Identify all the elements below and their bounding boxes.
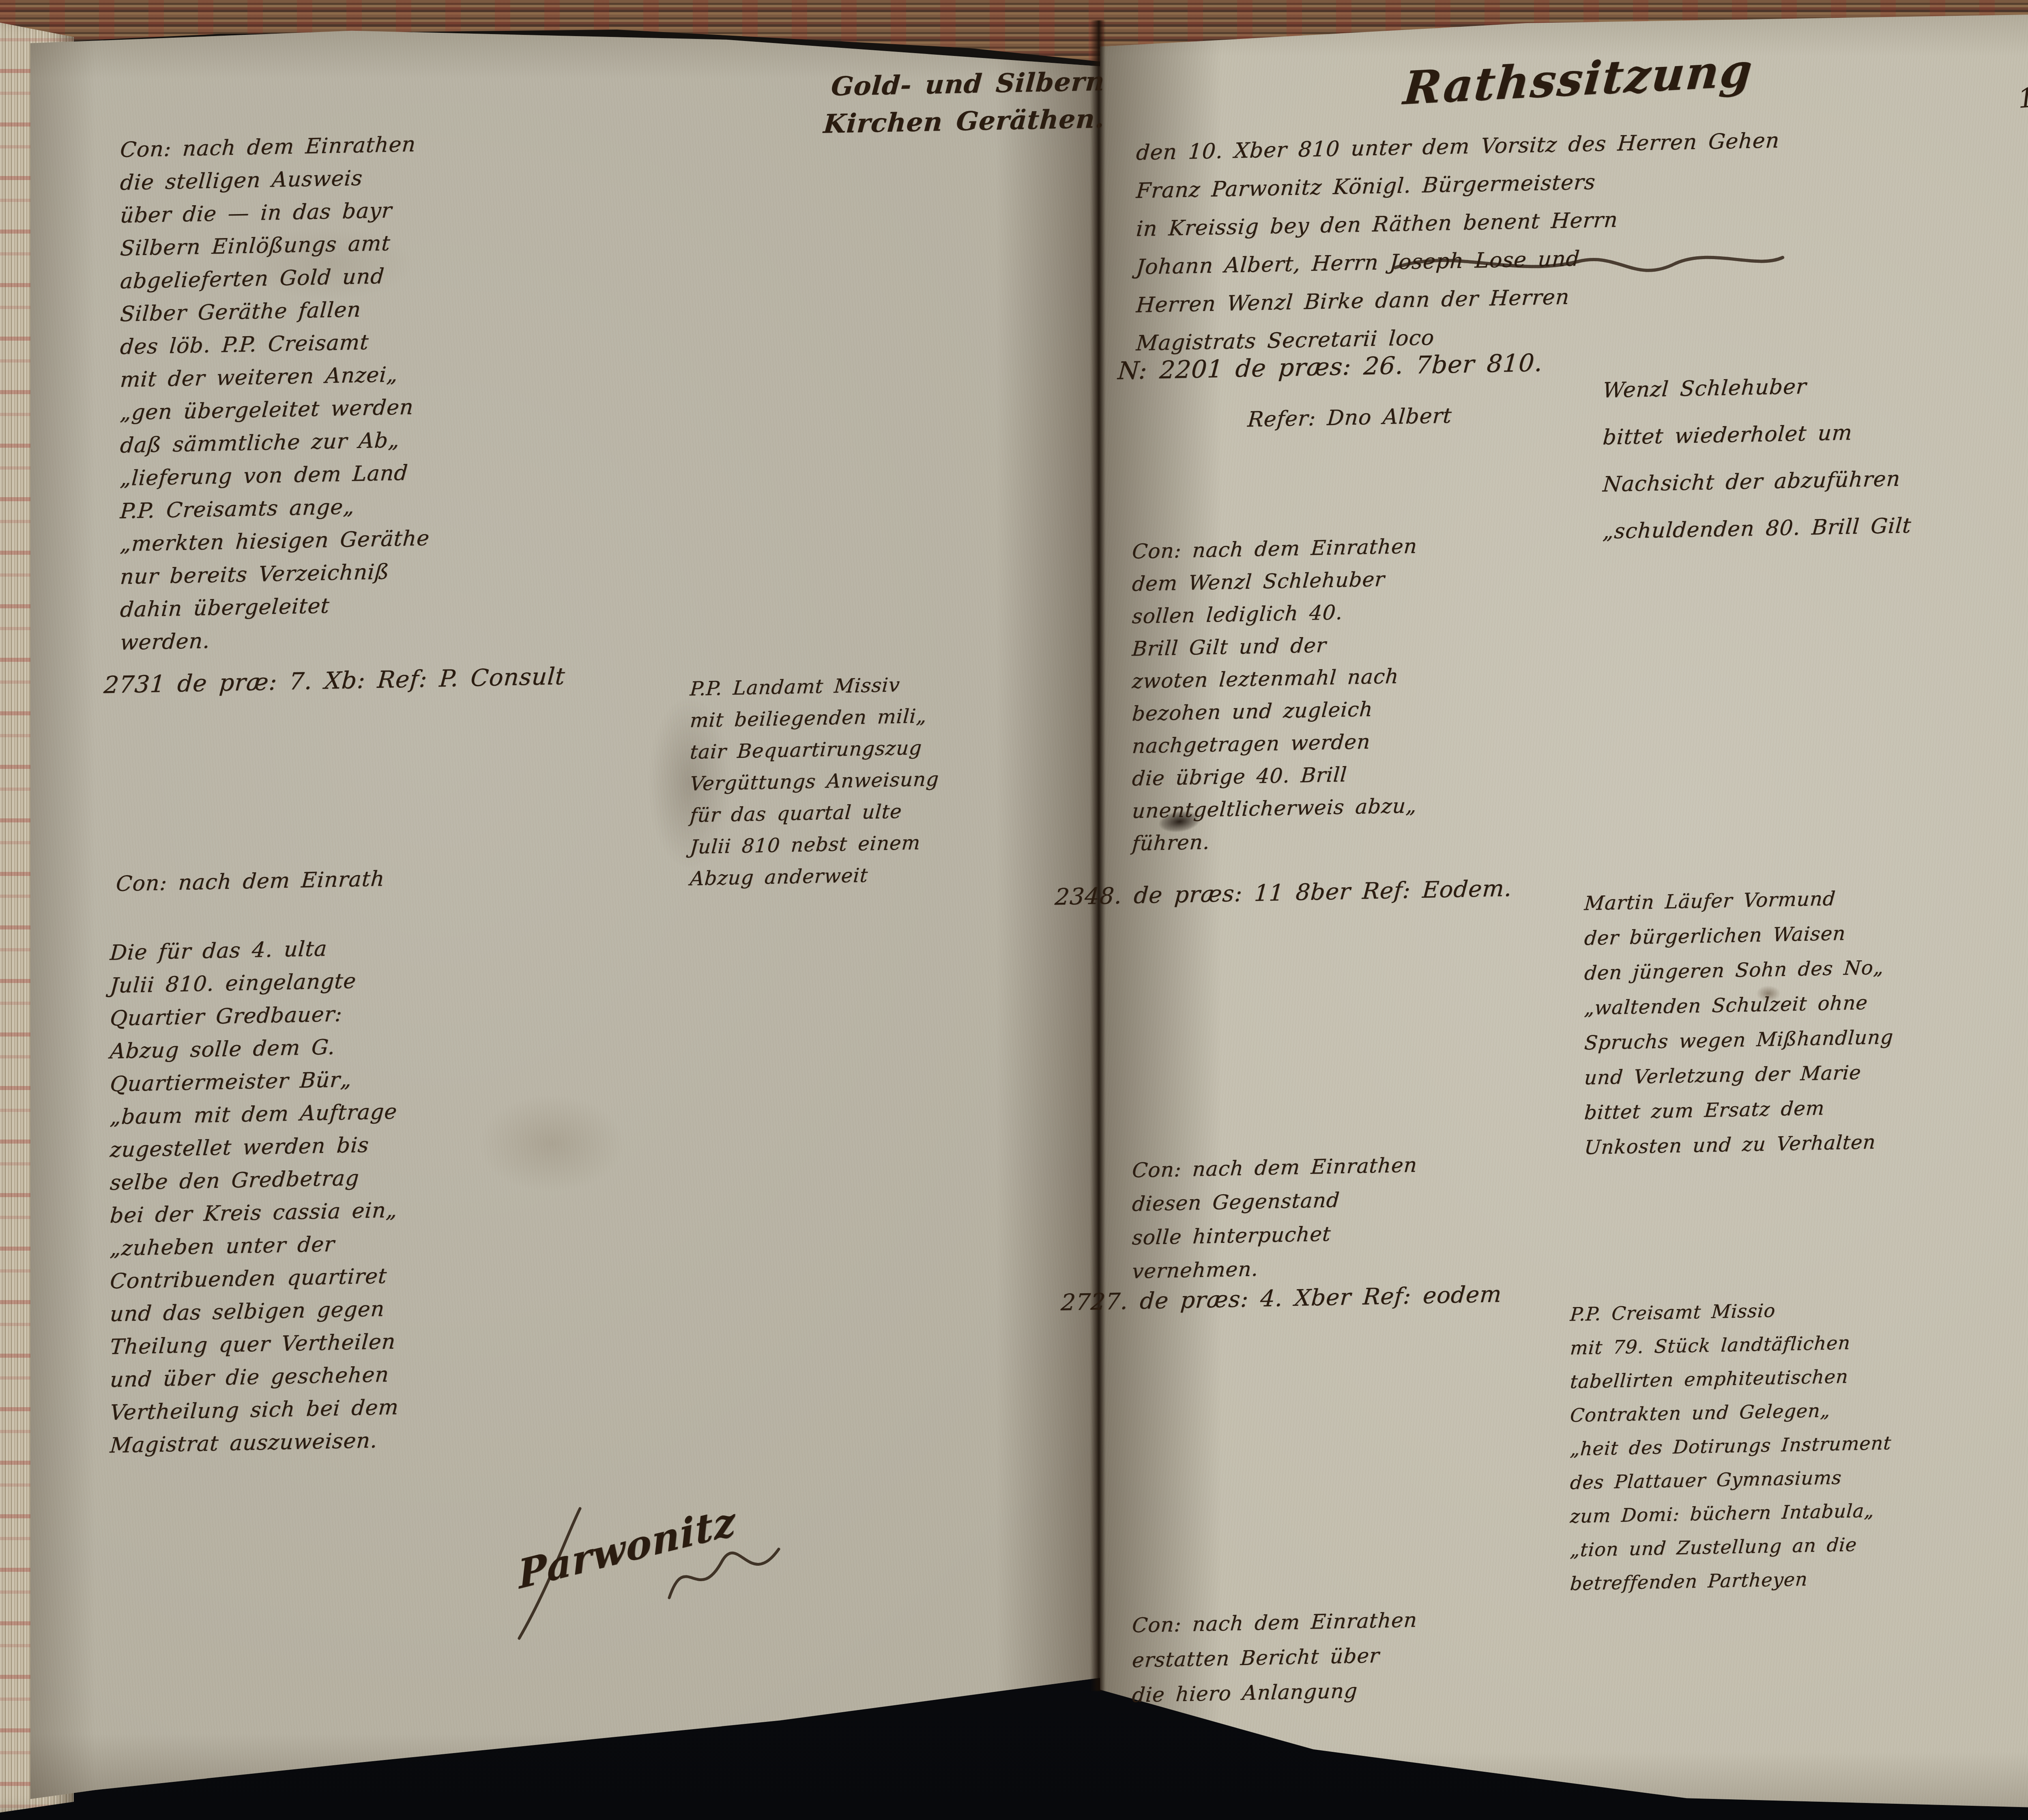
entry-2727-petition: P.P. Creisamt Missiomit 79. Stück landtä… — [1570, 1298, 2028, 1601]
left-page-paragraph-2-intro: Con: nach dem Einrath — [115, 867, 386, 896]
left-page-paragraph-2: Die für das 4. ultaJulii 810. eingelangt… — [110, 937, 799, 1462]
entry-2201-referent: Refer: Dno Albert — [1247, 403, 1453, 432]
signature-flourish — [495, 1500, 803, 1646]
left-page-paragraph-1: Con: nach dem Einrathendie stelligen Aus… — [120, 134, 696, 659]
entry-2727-resolution: Con: nach dem Einrathenerstatten Bericht… — [1132, 1608, 1586, 1713]
handwritten-line: Wenzl Schlehuber — [1601, 358, 2028, 414]
entry-2348-resolution: Con: nach dem Einrathendiesen Gegenstand… — [1132, 1154, 1586, 1288]
manuscript-book-scan: Gold- und SilbernKirchen Geräthen. Con: … — [0, 0, 2028, 1820]
entry-2201-petition: Wenzl Schlehuberbittet wiederholet umNac… — [1602, 367, 2028, 555]
session-intro: den 10. Xber 810 unter dem Vorsitz des H… — [1136, 134, 2028, 363]
entry-2348-petition: Martin Läufer Vormundder bürgerlichen Wa… — [1584, 886, 2028, 1165]
handwritten-line: bittet wiederholet um — [1601, 405, 2028, 461]
handwritten-line: „schuldenden 80. Brill Gilt — [1601, 499, 2028, 555]
left-page-side-note: P.P. Landamt Missivmit beiliegenden mili… — [690, 673, 1095, 895]
handwritten-line: Nachsicht der abzuführen — [1601, 452, 2028, 508]
entry-2201-resolution: Con: nach dem Einrathendem Wenzl Schlehu… — [1132, 535, 1610, 860]
page-number: 180. — [2017, 79, 2028, 114]
